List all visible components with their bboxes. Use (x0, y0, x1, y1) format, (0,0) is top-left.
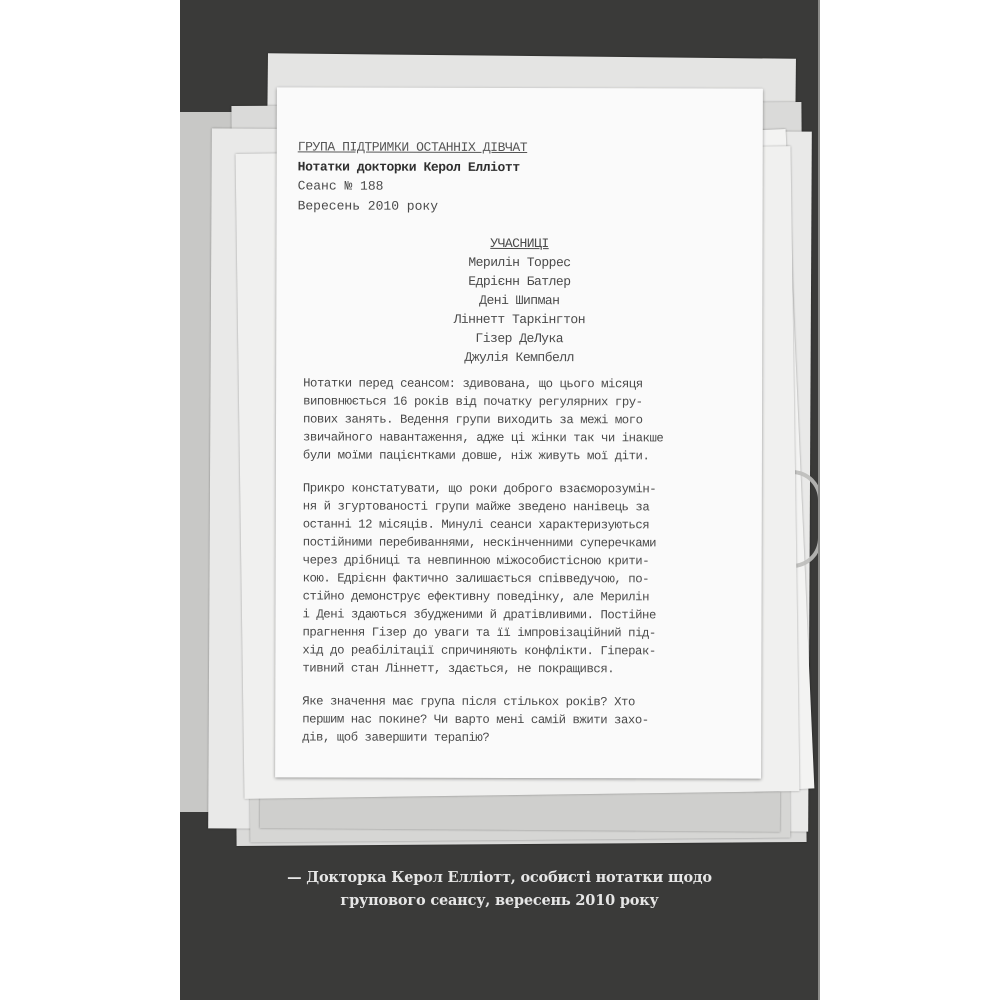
participant-name: Гізер ДеЛука (276, 328, 762, 348)
session-date: Вересень 2010 року (298, 196, 528, 216)
participants-heading: УЧАСНИЦІ (276, 233, 762, 253)
dark-background-panel: ГРУПА ПІДТРИМКИ ОСТАННІХ ДІВЧАТ Нотатки … (180, 0, 819, 1000)
caption-line: групового сеансу, вересень 2010 року (180, 889, 819, 912)
participant-name: Едрієнн Батлер (276, 271, 762, 291)
notes-body: Нотатки перед сеансом: здивована, що цьо… (302, 374, 753, 762)
notes-header: ГРУПА ПІДТРИМКИ ОСТАННІХ ДІВЧАТ Нотатки … (298, 137, 528, 216)
participant-name: Мерилін Торрес (276, 252, 762, 272)
participant-name: Дені Шипман (276, 290, 762, 310)
notes-paragraph: Прикро констатувати, що роки доброго вза… (302, 479, 753, 678)
session-number: Сеанс № 188 (298, 176, 528, 196)
participants-list: УЧАСНИЦІ Мерилін Торрес Едрієнн Батлер Д… (276, 233, 762, 367)
typed-notes-page: ГРУПА ПІДТРИМКИ ОСТАННІХ ДІВЧАТ Нотатки … (275, 87, 763, 778)
participant-name: Джулія Кемпбелл (276, 347, 762, 367)
notes-author: Нотатки докторки Керол Елліотт (298, 157, 528, 177)
participant-name: Ліннетт Таркінгтон (276, 309, 762, 329)
panel-edge (818, 0, 820, 1000)
notes-paragraph: Нотатки перед сеансом: здивована, що цьо… (303, 374, 753, 465)
caption-line: — Докторка Керол Елліотт, особисті нотат… (180, 866, 819, 889)
attribution-caption: — Докторка Керол Елліотт, особисті нотат… (180, 866, 819, 912)
group-title: ГРУПА ПІДТРИМКИ ОСТАННІХ ДІВЧАТ (298, 137, 528, 157)
notes-paragraph: Яке значення має група після стількох ро… (302, 692, 752, 747)
